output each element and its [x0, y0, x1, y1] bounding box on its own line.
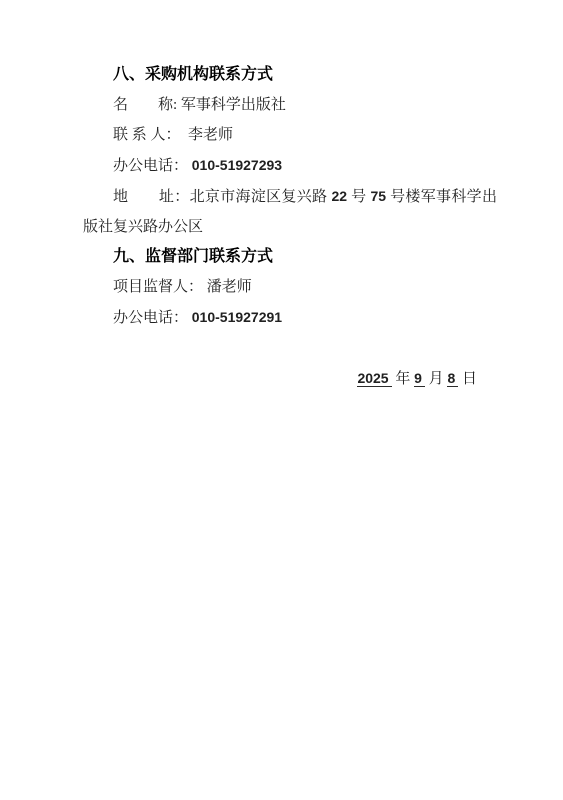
- agency-phone-row: 办公电话： 010-51927293: [83, 150, 497, 181]
- agency-name-row: 名 称: 军事科学出版社: [83, 90, 497, 120]
- date-month-unit: 月: [425, 371, 448, 387]
- agency-contact-row: 联 系 人： 李老师: [83, 120, 497, 150]
- supervision-phone-row: 办公电话： 010-51927291: [83, 302, 497, 333]
- agency-address-label: 地 址：: [113, 189, 190, 205]
- date-year: 2025: [357, 370, 391, 387]
- section-9-heading: 九、监督部门联系方式: [83, 242, 497, 272]
- date-year-unit: 年: [392, 371, 415, 387]
- supervisor-value: 潘老师: [207, 279, 252, 295]
- supervision-phone-label: 办公电话：: [113, 310, 192, 326]
- agency-contact-value: 李老师: [188, 127, 233, 143]
- address-segment: 号: [347, 189, 370, 205]
- agency-name-label: 名 称:: [113, 97, 181, 113]
- date-month: 9: [414, 370, 425, 387]
- agency-name-value: 军事科学出版社: [181, 97, 286, 113]
- document-date: 2025 年 9 月 8 日: [83, 363, 497, 394]
- document-page: 八、采购机构联系方式 名 称: 军事科学出版社 联 系 人： 李老师 办公电话：…: [0, 0, 563, 800]
- agency-phone-label: 办公电话：: [113, 158, 192, 174]
- supervision-phone-value: 010-51927291: [192, 309, 282, 325]
- section-8-heading: 八、采购机构联系方式: [83, 60, 497, 90]
- address-street-number: 22: [331, 188, 347, 204]
- agency-contact-label: 联 系 人：: [113, 127, 188, 143]
- address-building-number: 75: [370, 188, 386, 204]
- date-day-unit: 日: [458, 371, 477, 387]
- agency-phone-value: 010-51927293: [192, 157, 282, 173]
- document-body: 八、采购机构联系方式 名 称: 军事科学出版社 联 系 人： 李老师 办公电话：…: [83, 60, 497, 394]
- agency-address-row: 地 址：北京市海淀区复兴路 22 号 75 号楼军事科学出版社复兴路办公区: [83, 181, 497, 242]
- supervisor-row: 项目监督人： 潘老师: [83, 272, 497, 302]
- address-segment: 北京市海淀区复兴路: [190, 189, 332, 205]
- supervisor-label: 项目监督人：: [113, 279, 207, 295]
- date-day: 8: [447, 370, 458, 387]
